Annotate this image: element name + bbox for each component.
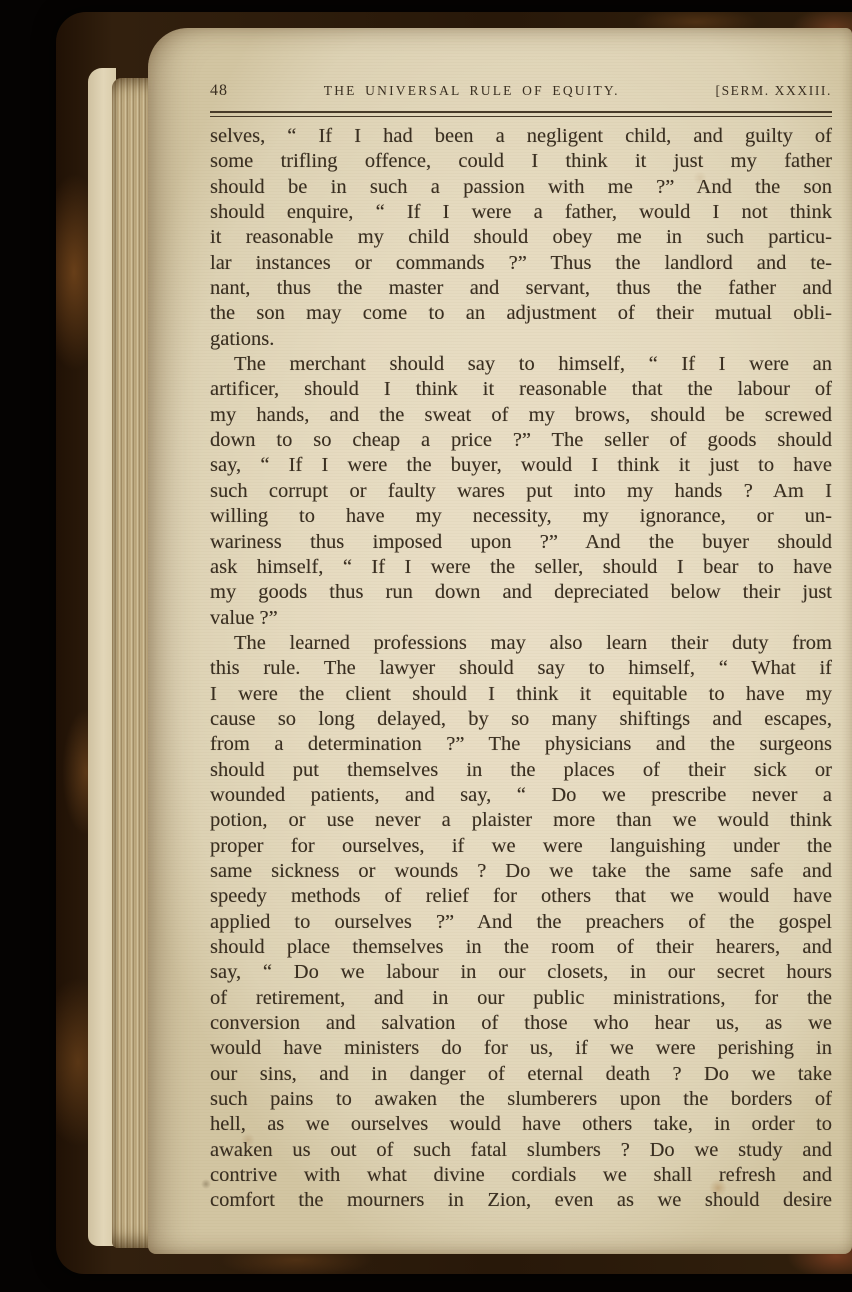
text-line: nant, thus the master and servant, thus … [210, 276, 832, 301]
running-title: THE UNIVERSAL RULE OF EQUITY. [228, 83, 715, 99]
text-line: should put themselves in the places of t… [210, 758, 832, 783]
text-line: ask himself, “ If I were the seller, sho… [210, 555, 832, 580]
text-line: wariness thus imposed upon ?” And the bu… [210, 530, 832, 555]
text-line: applied to ourselves ?” And the preacher… [210, 910, 832, 935]
scanned-book-photo: 48 THE UNIVERSAL RULE OF EQUITY. [SERM. … [0, 0, 852, 1292]
text-line: conversion and salvation of those who he… [210, 1011, 832, 1036]
text-line: potion, or use never a plaister more tha… [210, 808, 832, 833]
text-line: comfort the mourners in Zion, even as we… [210, 1188, 832, 1213]
text-line: proper for ourselves, if we were languis… [210, 834, 832, 859]
text-line: this rule. The lawyer should say to hims… [210, 656, 832, 681]
text-line: down to so cheap a price ?” The seller o… [210, 428, 832, 453]
text-line: should be in such a passion with me ?” A… [210, 175, 832, 200]
page-number: 48 [210, 82, 228, 100]
text-line: such pains to awaken the slumberers upon… [210, 1087, 832, 1112]
text-line: value ?” [210, 606, 832, 631]
text-line: awaken us out of such fatal slumbers ? D… [210, 1138, 832, 1163]
text-line: lar instances or commands ?” Thus the la… [210, 251, 832, 276]
text-line: the son may come to an adjustment of the… [210, 301, 832, 326]
text-line: same sickness or wounds ? Do we take the… [210, 859, 832, 884]
book-page: 48 THE UNIVERSAL RULE OF EQUITY. [SERM. … [148, 28, 852, 1254]
text-line: our sins, and in danger of eternal death… [210, 1062, 832, 1087]
text-line: artificer, should I think it reasonable … [210, 377, 832, 402]
text-line: from a determination ?” The physicians a… [210, 732, 832, 757]
text-line: it reasonable my child should obey me in… [210, 225, 832, 250]
text-line: gations. [210, 327, 832, 352]
text-line: contrive with what divine cordials we sh… [210, 1163, 832, 1188]
text-line: The learned professions may also learn t… [210, 631, 832, 656]
text-line: speedy methods of relief for others that… [210, 884, 832, 909]
text-line: would have ministers do for us, if we we… [210, 1036, 832, 1061]
text-line: The merchant should say to himself, “ If… [210, 352, 832, 377]
body-text: selves, “ If I had been a negligent chil… [210, 124, 832, 1214]
text-line: willing to have my necessity, my ignoran… [210, 504, 832, 529]
text-line: of retirement, and in our public ministr… [210, 986, 832, 1011]
text-line: selves, “ If I had been a negligent chil… [210, 124, 832, 149]
sermon-reference: [SERM. XXXIII. [715, 83, 832, 99]
header-double-rule [210, 111, 832, 117]
text-line: should enquire, “ If I were a father, wo… [210, 200, 832, 225]
text-line: wounded patients, and say, “ Do we presc… [210, 783, 832, 808]
text-line: my hands, and the sweat of my brows, sho… [210, 403, 832, 428]
text-line: cause so long delayed, by so many shifti… [210, 707, 832, 732]
text-line: my goods thus run down and depreciated b… [210, 580, 832, 605]
text-line: should place themselves in the room of t… [210, 935, 832, 960]
page-content: 48 THE UNIVERSAL RULE OF EQUITY. [SERM. … [210, 82, 832, 1214]
text-line: I were the client should I think it equi… [210, 682, 832, 707]
text-line: such corrupt or faulty wares put into my… [210, 479, 832, 504]
text-line: hell, as we ourselves would have others … [210, 1112, 832, 1137]
page-edge-stack [112, 78, 150, 1248]
text-line: say, “ If I were the buyer, would I thin… [210, 453, 832, 478]
text-line: say, “ Do we labour in our closets, in o… [210, 960, 832, 985]
text-line: some trifling offence, could I think it … [210, 149, 832, 174]
page-header: 48 THE UNIVERSAL RULE OF EQUITY. [SERM. … [210, 82, 832, 100]
